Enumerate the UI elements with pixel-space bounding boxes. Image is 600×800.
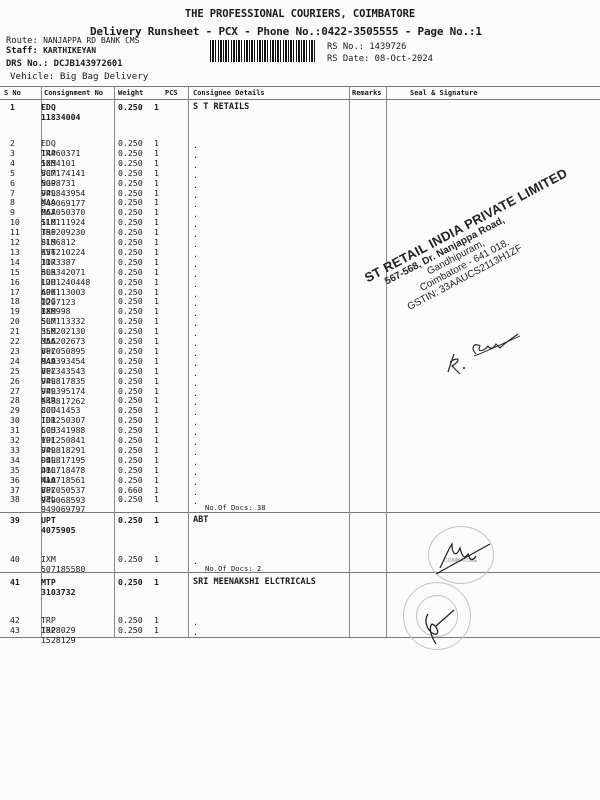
sno-cell: 18 [10,296,20,306]
drs-value: DCJB143972601 [54,59,123,69]
weight-cell: 0.250 [118,494,143,504]
consignee-dot: . [193,496,198,506]
pcs-cell: 1 [154,356,159,366]
weight-cell: 0.250 [118,475,143,485]
sno-cell: 41 [10,577,20,587]
weight-cell: 0.250 [118,247,143,257]
consignment-no-cell: IXM 507185580 [41,554,85,574]
consignee-dot: . [193,487,198,497]
consignee-dot: . [193,627,198,637]
rs-date-value: 08-Oct-2024 [375,54,433,64]
pcs-cell: 1 [154,178,159,188]
pcs-cell: 1 [154,366,159,376]
consignee-dot: . [193,298,198,308]
weight-cell: 0.250 [118,386,143,396]
weight-cell: 0.250 [118,316,143,326]
sno-cell: 5 [10,168,15,178]
consignee-dot: . [193,457,198,467]
consignee-dot: . [193,397,198,407]
consignee-dot: . [193,318,198,328]
pcs-cell: 1 [154,197,159,207]
weight-cell: 0.250 [118,138,143,148]
runsheet-subtitle: Delivery Runsheet - PCX - Phone No.:0422… [90,25,482,38]
rs-no-label: RS No.: [327,42,364,52]
weight-cell: 0.250 [118,356,143,366]
consignment-no-cell: VPL 949069797 [41,494,85,514]
consignee-dot: . [193,447,198,457]
consignee-dot: . [193,279,198,289]
company-title: THE PROFESSIONAL COURIERS, COIMBATORE [0,8,600,20]
staff-line: Staff: KARTHIKEYAN [6,46,96,56]
consignee-dot: . [193,259,198,269]
consignee-dot: . [193,209,198,219]
docs-count: No.Of Docs: 38 [205,503,266,512]
vehicle-value: Big Bag Delivery [60,71,149,82]
sno-cell: 21 [10,326,20,336]
pcs-cell: 1 [154,615,159,625]
sno-cell: 36 [10,475,20,485]
pcs-cell: 1 [154,336,159,346]
sno-cell: 37 [10,485,20,495]
weight-cell: 0.250 [118,158,143,168]
weight-cell: 0.660 [118,485,143,495]
rs-no-value: 1439726 [369,42,406,52]
pcs-cell: 1 [154,554,159,564]
col-header-seal: Seal & Signature [410,89,477,97]
sno-cell: 43 [10,625,20,635]
pcs-cell: 1 [154,435,159,445]
col-header-consignee: Consignee Details [193,89,265,97]
consignee-dot: . [193,467,198,477]
weight-cell: 0.250 [118,227,143,237]
pcs-cell: 1 [154,386,159,396]
sno-cell: 42 [10,615,20,625]
sno-cell: 25 [10,366,20,376]
consignment-no-cell: EDQ 11834004 [41,102,80,122]
route-label: Route: [6,36,38,46]
pcs-cell: 1 [154,168,159,178]
weight-cell: 0.250 [118,515,143,525]
consignee-dot: . [193,199,198,209]
pcs-cell: 1 [154,267,159,277]
pcs-cell: 1 [154,376,159,386]
weight-cell: 0.250 [118,296,143,306]
pcs-cell: 1 [154,306,159,316]
weight-cell: 0.250 [118,615,143,625]
weight-cell: 0.250 [118,267,143,277]
pcs-cell: 1 [154,227,159,237]
consignee-dot: . [193,617,198,627]
weight-cell: 0.250 [118,425,143,435]
weight-cell: 0.250 [118,178,143,188]
weight-cell: 0.250 [118,346,143,356]
pcs-cell: 1 [154,475,159,485]
pcs-cell: 1 [154,277,159,287]
sno-cell: 8 [10,197,15,207]
pcs-cell: 1 [154,287,159,297]
signature-icon [440,320,540,380]
sno-cell: 9 [10,207,15,217]
consignee-dot: . [193,417,198,427]
sno-cell: 23 [10,346,20,356]
consignee-dot: . [193,180,198,190]
weight-cell: 0.250 [118,207,143,217]
weight-cell: 0.250 [118,102,143,112]
pcs-cell: 1 [154,148,159,158]
sno-cell: 35 [10,465,20,475]
sno-cell: 11 [10,227,20,237]
pcs-cell: 1 [154,485,159,495]
sno-cell: 7 [10,188,15,198]
consignee-dot: . [193,308,198,318]
consignee-dot: . [193,249,198,259]
staff-value: KARTHIKEYAN [43,46,96,55]
weight-cell: 0.250 [118,188,143,198]
sno-cell: 22 [10,336,20,346]
consignee-dot: . [193,477,198,487]
sno-cell: 12 [10,237,20,247]
weight-cell: 0.250 [118,395,143,405]
docs-count: No.Of Docs: 2 [205,564,261,573]
sno-cell: 28 [10,395,20,405]
weight-cell: 0.250 [118,336,143,346]
col-header-remarks: Remarks [352,89,382,97]
pcs-cell: 1 [154,415,159,425]
pcs-cell: 1 [154,138,159,148]
weight-cell: 0.250 [118,326,143,336]
pcs-cell: 1 [154,625,159,635]
sno-cell: 40 [10,554,20,564]
consignee-dot: . [193,328,198,338]
sno-cell: 20 [10,316,20,326]
consignee-dot: . [193,219,198,229]
consignee-dot: . [193,190,198,200]
pcs-cell: 1 [154,326,159,336]
drs-line: DRS No.: DCJB143972601 [6,59,123,69]
sno-cell: 24 [10,356,20,366]
weight-cell: 0.250 [118,577,143,587]
consignee-dot: . [193,140,198,150]
weight-cell: 0.250 [118,554,143,564]
pcs-cell: 1 [154,296,159,306]
weight-cell: 0.250 [118,445,143,455]
weight-cell: 0.250 [118,376,143,386]
pcs-cell: 1 [154,207,159,217]
sno-cell: 13 [10,247,20,257]
weight-cell: 0.250 [118,217,143,227]
col-header-consignment: Consignment No [44,89,103,97]
weight-cell: 0.250 [118,415,143,425]
sno-cell: 32 [10,435,20,445]
sno-cell: 14 [10,257,20,267]
sno-cell: 16 [10,277,20,287]
sno-cell: 3 [10,148,15,158]
pcs-cell: 1 [154,217,159,227]
sno-cell: 27 [10,386,20,396]
weight-cell: 0.250 [118,197,143,207]
sno-cell: 1 [10,102,15,112]
sno-cell: 2 [10,138,15,148]
company-stamp: ST RETAIL INDIA PRIVATE LIMITED 567-568,… [362,165,591,324]
consignee-dot: . [193,427,198,437]
col-header-weight: Weight [118,89,143,97]
vehicle-line: Vehicle: Big Bag Delivery [10,71,148,82]
staff-label: Staff: [6,46,38,56]
consignment-no-cell: TRP 1528129 [41,625,76,645]
rs-date-label: RS Date: [327,54,369,64]
weight-cell: 0.250 [118,366,143,376]
consignee-dot: . [193,348,198,358]
sno-cell: 10 [10,217,20,227]
consignee-dot: . [193,368,198,378]
sno-cell: 26 [10,376,20,386]
pcs-cell: 1 [154,237,159,247]
sno-cell: 6 [10,178,15,188]
consignee-dot: . [193,378,198,388]
route-value: NANJAPPA RD BANK CMS [43,36,139,45]
vehicle-label: Vehicle: [10,71,54,82]
consignee-dot: . [193,289,198,299]
pcs-cell: 1 [154,515,159,525]
consignee-dot: . [193,150,198,160]
pcs-cell: 1 [154,455,159,465]
consignee-dot: . [193,437,198,447]
weight-cell: 0.250 [118,277,143,287]
consignment-no-cell: UPT 4075905 [41,515,76,535]
sno-cell: 39 [10,515,20,525]
meenakshi-signature-icon [410,590,470,650]
pcs-cell: 1 [154,425,159,435]
pcs-cell: 1 [154,445,159,455]
pcs-cell: 1 [154,494,159,504]
sno-cell: 17 [10,287,20,297]
col-header-sno: S No [4,89,21,97]
sno-cell: 34 [10,455,20,465]
consignee-dot: . [193,160,198,170]
sno-cell: 31 [10,425,20,435]
consignee-name: S T RETAILS [193,102,249,112]
pcs-cell: 1 [154,346,159,356]
consignment-no-cell: MTP 3103732 [41,577,76,597]
weight-cell: 0.250 [118,405,143,415]
consignee-dot: . [193,407,198,417]
consignee-dot: . [193,338,198,348]
pcs-cell: 1 [154,395,159,405]
pcs-cell: 1 [154,102,159,112]
consignee-name: ABT [193,515,208,525]
pcs-cell: 1 [154,316,159,326]
weight-cell: 0.250 [118,455,143,465]
sno-cell: 15 [10,267,20,277]
weight-cell: 0.250 [118,465,143,475]
consignee-dot: . [193,269,198,279]
weight-cell: 0.250 [118,287,143,297]
pcs-cell: 1 [154,465,159,475]
route-line: Route: NANJAPPA RD BANK CMS [6,36,139,46]
weight-cell: 0.250 [118,168,143,178]
pcs-cell: 1 [154,158,159,168]
rs-date-line: RS Date: 08-Oct-2024 [327,54,433,64]
pcs-cell: 1 [154,247,159,257]
consignee-dot: . [193,358,198,368]
weight-cell: 0.250 [118,237,143,247]
sno-cell: 30 [10,415,20,425]
pcs-cell: 1 [154,577,159,587]
consignee-dot: . [193,170,198,180]
col-header-pcs: PCS [165,89,178,97]
consignee-name: SRI MEENAKSHI ELCTRICALS [193,577,316,587]
sno-cell: 38 [10,494,20,504]
barcode [210,40,316,62]
sno-cell: 33 [10,445,20,455]
pcs-cell: 1 [154,405,159,415]
weight-cell: 0.250 [118,306,143,316]
sno-cell: 4 [10,158,15,168]
consignee-dot: . [193,556,198,566]
sno-cell: 19 [10,306,20,316]
consignee-dot: . [193,239,198,249]
consignee-dot: . [193,388,198,398]
sno-cell: 29 [10,405,20,415]
weight-cell: 0.250 [118,625,143,635]
weight-cell: 0.250 [118,148,143,158]
rs-no-line: RS No.: 1439726 [327,42,406,52]
abt-signature-icon [430,530,500,580]
pcs-cell: 1 [154,188,159,198]
pcs-cell: 1 [154,257,159,267]
weight-cell: 0.250 [118,257,143,267]
consignee-dot: . [193,229,198,239]
drs-label: DRS No.: [6,59,48,69]
weight-cell: 0.250 [118,435,143,445]
